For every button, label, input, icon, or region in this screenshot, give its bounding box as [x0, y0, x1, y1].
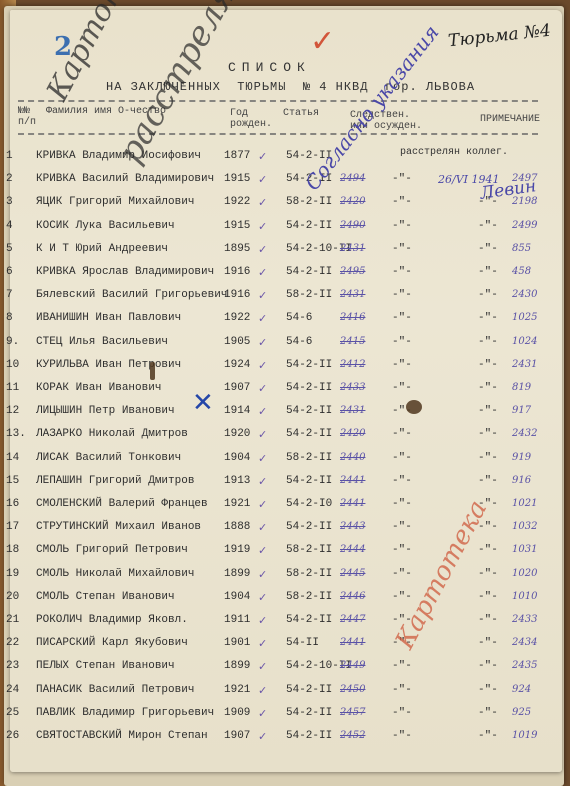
table-row: 13.ЛАЗАРКО Николай Дмитров1920✓54-2-II24…	[0, 428, 560, 452]
article: 58-2-II	[286, 452, 332, 464]
table-row: 22ПИСАРСКИЙ Карл Якубович1901✓54-II2441-…	[0, 637, 560, 661]
check-mark-icon: ✓	[258, 243, 267, 256]
ditto-mark: -"-	[392, 243, 412, 255]
article: 58-2-II	[286, 591, 332, 603]
check-mark-icon: ✓	[258, 730, 267, 743]
check-mark-icon: ✓	[258, 498, 267, 511]
note: -"-	[478, 475, 498, 487]
row-number: 26	[6, 730, 28, 742]
handwritten-case-number: 2412	[340, 359, 365, 370]
table-row: 2КРИВКА Василий Владимирович1915✓54-2-II…	[0, 173, 560, 197]
prisoner-name: СТРУТИНСКИЙ Михаил Иванов	[36, 521, 201, 533]
table-row: 6КРИВКА Ярослав Владимирович1916✓54-2-II…	[0, 266, 560, 290]
check-mark-icon: ✓	[258, 359, 267, 372]
check-mark-icon: ✓	[258, 336, 267, 349]
row-number: 25	[6, 707, 28, 719]
handwritten-note-number: 1019	[512, 730, 537, 741]
handwritten-case-number: 2450	[340, 684, 365, 695]
handwritten-note-number: 1032	[512, 521, 537, 532]
ditto-mark: -"-	[392, 452, 412, 464]
ditto-mark: -"-	[392, 660, 412, 672]
birth-year: 1916	[224, 266, 250, 278]
handwritten-case-number: 2444	[340, 544, 365, 555]
check-mark-icon: ✓	[258, 312, 267, 325]
note: -"-	[478, 684, 498, 696]
birth-year: 1899	[224, 568, 250, 580]
row-number: 13.	[6, 428, 28, 440]
handwritten-note-number: 458	[512, 266, 531, 277]
row-number: 23	[6, 660, 28, 672]
article: 54-2-I0	[286, 498, 332, 510]
article: 54-2-II	[286, 614, 332, 626]
article: 54-2-II	[286, 521, 332, 533]
blue-x-mark: ✕	[192, 388, 214, 418]
check-mark-icon: ✓	[258, 614, 267, 627]
table-row: 4КОСИК Лука Васильевич1915✓54-2-II2490-"…	[0, 220, 560, 244]
table-row: 10КУРИЛЬВА Иван Петрович1924✓54-2-II2412…	[0, 359, 560, 383]
handwritten-note-number: 1020	[512, 568, 537, 579]
prisoner-name: Бялевский Василий Григорьевич	[36, 289, 227, 301]
ditto-mark: -"-	[392, 707, 412, 719]
ditto-mark: -"-	[392, 289, 412, 301]
prisoner-name: КРИВКА Василий Владимирович	[36, 173, 214, 185]
handwritten-note-number: 924	[512, 684, 531, 695]
birth-year: 1895	[224, 243, 250, 255]
ditto-mark: -"-	[392, 568, 412, 580]
handwritten-note-number: 1010	[512, 591, 537, 602]
handwritten-note-number: 1031	[512, 544, 537, 555]
birth-year: 1904	[224, 591, 250, 603]
note: -"-	[478, 544, 498, 556]
handwritten-case-number: 2495	[340, 266, 365, 277]
article: 54-2-II	[286, 684, 332, 696]
note: -"-	[478, 382, 498, 394]
handwritten-case-number: 2416	[340, 312, 365, 323]
row-number: 20	[6, 591, 28, 603]
handwritten-case-number: 2447	[340, 614, 365, 625]
ditto-mark: -"-	[392, 336, 412, 348]
birth-year: 1901	[224, 637, 250, 649]
row-number: 2	[6, 173, 28, 185]
row-number: 24	[6, 684, 28, 696]
check-mark-icon: ✓	[258, 637, 267, 650]
ditto-mark: -"-	[392, 266, 412, 278]
check-mark-icon: ✓	[258, 220, 267, 233]
check-mark-icon: ✓	[258, 382, 267, 395]
birth-year: 1921	[224, 684, 250, 696]
birth-year: 1888	[224, 521, 250, 533]
row-number: 12	[6, 405, 28, 417]
birth-year: 1916	[224, 289, 250, 301]
birth-year: 1915	[224, 173, 250, 185]
header-num: №№ п/п	[18, 106, 36, 128]
row1-note: расстрелян коллег.	[400, 147, 508, 158]
article: 54-2-II	[286, 707, 332, 719]
article: 54-2-II	[286, 266, 332, 278]
row-number: 19	[6, 568, 28, 580]
handwritten-case-number: 2440	[340, 452, 365, 463]
birth-year: 1921	[224, 498, 250, 510]
check-mark-icon: ✓	[258, 266, 267, 279]
note: -"-	[478, 568, 498, 580]
birth-year: 1924	[224, 359, 250, 371]
table-row: 11КОРАК Иван Иванович1907✓54-2-II2433-"-…	[0, 382, 560, 406]
note: -"-	[478, 660, 498, 672]
prisoner-name: РОКОЛИЧ Владимир Яковл.	[36, 614, 188, 626]
ink-stain	[406, 400, 422, 414]
ditto-mark: -"-	[392, 684, 412, 696]
row-number: 1	[6, 150, 28, 162]
handwritten-note-number: 1025	[512, 312, 537, 323]
check-mark-icon: ✓	[258, 196, 267, 209]
row-number: 6	[6, 266, 28, 278]
prisoner-name: ЛИЦЫШИН Петр Иванович	[36, 405, 175, 417]
table-row: 8ИВАНИШИН Иван Павлович1922✓54-62416-"--…	[0, 312, 560, 336]
table-row: 12ЛИЦЫШИН Петр Иванович1914✓54-2-II2431-…	[0, 405, 560, 429]
note: -"-	[478, 289, 498, 301]
table-row: 5К И Т Юрий Андреевич1895✓54-2-10-II2431…	[0, 243, 560, 267]
handwritten-case-number: 2420	[340, 196, 365, 207]
table-row: 9.СТЕЦ Илья Васильевич1905✓54-62415-"--"…	[0, 336, 560, 360]
row-number: 18	[6, 544, 28, 556]
article: 54-6	[286, 336, 312, 348]
table-row: 15ЛЕПАШИН Григорий Дмитров1913✓54-2-II24…	[0, 475, 560, 499]
birth-year: 1907	[224, 730, 250, 742]
handwritten-note-number: 819	[512, 382, 531, 393]
handwritten-case-number: 2420	[340, 428, 365, 439]
note: -"-	[478, 614, 498, 626]
check-mark-icon: ✓	[258, 521, 267, 534]
article: 58-2-II	[286, 289, 332, 301]
prisoner-name: К И Т Юрий Андреевич	[36, 243, 168, 255]
birth-year: 1907	[224, 382, 250, 394]
handwritten-case-number: 2457	[340, 707, 365, 718]
check-mark-icon: ✓	[258, 707, 267, 720]
check-mark-icon: ✓	[258, 428, 267, 441]
handwritten-case-number: 2415	[340, 336, 365, 347]
handwritten-note-number: 2499	[512, 220, 537, 231]
handwritten-case-number: 2490	[340, 220, 365, 231]
prisoner-name: ПАНАСИК Василий Петрович	[36, 684, 194, 696]
red-check-mark: ✓	[310, 24, 335, 59]
check-mark-icon: ✓	[258, 660, 267, 673]
row-number: 14	[6, 452, 28, 464]
prisoner-name: СМОЛЕНСКИЙ Валерий Францев	[36, 498, 208, 510]
table-row: 25ПАВЛИК Владимир Григорьевич1909✓54-2-I…	[0, 707, 560, 731]
row-number: 11	[6, 382, 28, 394]
article: 58-2-II	[286, 196, 332, 208]
prisoner-name: ПЕЛЫХ Степан Иванович	[36, 660, 175, 672]
handwritten-case-number: 2431	[340, 243, 365, 254]
note: -"-	[478, 243, 498, 255]
prisoner-name: ЛИСАК Василий Тонкович	[36, 452, 181, 464]
handwritten-case-number: 2441	[340, 475, 365, 486]
ink-stain	[150, 362, 155, 380]
ditto-mark: -"-	[392, 312, 412, 324]
check-mark-icon: ✓	[258, 452, 267, 465]
handwritten-case-number: 2446	[340, 591, 365, 602]
article: 54-2-II	[286, 359, 332, 371]
table-row: 20СМОЛЬ Степан Иванович1904✓58-2-II2446-…	[0, 591, 560, 615]
check-mark-icon: ✓	[258, 544, 267, 557]
birth-year: 1913	[224, 475, 250, 487]
note: -"-	[478, 452, 498, 464]
handwritten-case-number: 2431	[340, 289, 365, 300]
row-number: 22	[6, 637, 28, 649]
birth-year: 1920	[224, 428, 250, 440]
birth-year: 1914	[224, 405, 250, 417]
handwritten-note-number: 855	[512, 243, 531, 254]
article: 54-II	[286, 637, 319, 649]
ditto-mark: -"-	[392, 498, 412, 510]
ditto-mark: -"-	[392, 220, 412, 232]
ditto-mark: -"-	[392, 521, 412, 533]
prisoner-name: КОРАК Иван Иванович	[36, 382, 161, 394]
ditto-mark: -"-	[392, 196, 412, 208]
handwritten-note-number: 925	[512, 707, 531, 718]
handwritten-case-number: 2445	[340, 568, 365, 579]
header-article: Статья	[283, 108, 319, 119]
ditto-mark: -"-	[392, 382, 412, 394]
prisoner-name: СМОЛЬ Николай Михайлович	[36, 568, 194, 580]
row-number: 17	[6, 521, 28, 533]
header-rule-bottom	[18, 133, 538, 135]
article: 54-2-II	[286, 475, 332, 487]
prisoner-name: СВЯТОСТАВСКИЙ Мирон Степан	[36, 730, 208, 742]
birth-year: 1915	[224, 220, 250, 232]
note: -"-	[478, 707, 498, 719]
birth-year: 1909	[224, 707, 250, 719]
table-row: 23ПЕЛЫХ Степан Иванович1899✓54-2-10-II24…	[0, 660, 560, 684]
handwritten-note-number: 2434	[512, 637, 537, 648]
note: -"-	[478, 405, 498, 417]
note: -"-	[478, 637, 498, 649]
ditto-mark: -"-	[392, 428, 412, 440]
note: -"-	[478, 266, 498, 278]
prisoner-name: ПИСАРСКИЙ Карл Якубович	[36, 637, 188, 649]
check-mark-icon: ✓	[258, 173, 267, 186]
table-row: 26СВЯТОСТАВСКИЙ Мирон Степан1907✓54-2-II…	[0, 730, 560, 754]
table-row: 18СМОЛЬ Григорий Петрович1919✓58-2-II244…	[0, 544, 560, 568]
prisoner-name: ИВАНИШИН Иван Павлович	[36, 312, 181, 324]
note: -"-	[478, 730, 498, 742]
handwritten-note-number: 2431	[512, 359, 537, 370]
birth-year: 1922	[224, 196, 250, 208]
table-row: 24ПАНАСИК Василий Петрович1921✓54-2-II24…	[0, 684, 560, 708]
ditto-mark: -"-	[392, 173, 412, 185]
handwritten-note-number: 2430	[512, 289, 537, 300]
header-rule-top	[18, 100, 538, 102]
prisoner-name: СМОЛЬ Степан Иванович	[36, 591, 175, 603]
prisoner-name: ЛАЗАРКО Николай Дмитров	[36, 428, 188, 440]
article: 54-2-II	[286, 405, 332, 417]
birth-year: 1922	[224, 312, 250, 324]
handwritten-case-number: 2494	[340, 173, 365, 184]
table-row: 21РОКОЛИЧ Владимир Яковл.1911✓54-2-II244…	[0, 614, 560, 638]
handwritten-note-number: 1024	[512, 336, 537, 347]
birth-year: 1905	[224, 336, 250, 348]
handwritten-note-number: 917	[512, 405, 531, 416]
note: -"-	[478, 428, 498, 440]
row-number: 9.	[6, 336, 28, 348]
note: -"-	[478, 359, 498, 371]
row-number: 10	[6, 359, 28, 371]
birth-year: 1899	[224, 660, 250, 672]
row-number: 4	[6, 220, 28, 232]
article: 54-6	[286, 312, 312, 324]
ditto-mark: -"-	[392, 359, 412, 371]
handwritten-case-number: 2433	[340, 382, 365, 393]
check-mark-icon: ✓	[258, 568, 267, 581]
row-number: 5	[6, 243, 28, 255]
row-number: 7	[6, 289, 28, 301]
handwritten-note-number: 2435	[512, 660, 537, 671]
header-year: Год рожден.	[230, 108, 272, 130]
table-row: 14ЛИСАК Василий Тонкович1904✓58-2-II2440…	[0, 452, 560, 476]
prisoner-name: ПАВЛИК Владимир Григорьевич	[36, 707, 214, 719]
birth-year: 1911	[224, 614, 250, 626]
prisoner-name: ЛЕПАШИН Григорий Дмитров	[36, 475, 194, 487]
row-number: 16	[6, 498, 28, 510]
prisoner-name: КУРИЛЬВА Иван Петрович	[36, 359, 181, 371]
check-mark-icon: ✓	[258, 591, 267, 604]
ditto-mark: -"-	[392, 475, 412, 487]
note: -"-	[478, 336, 498, 348]
handwritten-case-number: 2452	[340, 730, 365, 741]
check-mark-icon: ✓	[258, 684, 267, 697]
document-title: СПИСОК	[228, 60, 311, 75]
article: 54-2-II	[286, 730, 332, 742]
handwritten-note-number: 916	[512, 475, 531, 486]
article: 54-2-II	[286, 220, 332, 232]
note: -"-	[478, 312, 498, 324]
table-row: 19СМОЛЬ Николай Михайлович1899✓58-2-II24…	[0, 568, 560, 592]
handwritten-note-number: 1021	[512, 498, 537, 509]
header-note: ПРИМЕЧАНИЕ	[480, 114, 540, 125]
ditto-mark: -"-	[392, 591, 412, 603]
birth-year: 1919	[224, 544, 250, 556]
check-mark-icon: ✓	[258, 150, 267, 163]
handwritten-case-number: 2449	[340, 660, 365, 671]
prisoner-name: СМОЛЬ Григорий Петрович	[36, 544, 188, 556]
birth-year: 1904	[224, 452, 250, 464]
birth-year: 1877	[224, 150, 250, 162]
ditto-mark: -"-	[392, 730, 412, 742]
prisoner-name: КОСИК Лука Васильевич	[36, 220, 175, 232]
handwritten-case-number: 2431	[340, 405, 365, 416]
row-number: 21	[6, 614, 28, 626]
article: 54-2-II	[286, 382, 332, 394]
prisoner-name: КРИВКА Ярослав Владимирович	[36, 266, 214, 278]
row-number: 8	[6, 312, 28, 324]
article: 54-2-II	[286, 428, 332, 440]
handwritten-note-number: 2433	[512, 614, 537, 625]
note: -"-	[478, 220, 498, 232]
handwritten-case-number: 2441	[340, 637, 365, 648]
row-number: 15	[6, 475, 28, 487]
article: 58-2-II	[286, 568, 332, 580]
prisoner-name: СТЕЦ Илья Васильевич	[36, 336, 168, 348]
row-number: 3	[6, 196, 28, 208]
handwritten-note-number: 919	[512, 452, 531, 463]
note: -"-	[478, 591, 498, 603]
table-row: 3ЯЦИК Григорий Михайлович1922✓58-2-II242…	[0, 196, 560, 220]
handwritten-case-number: 2443	[340, 521, 365, 532]
handwritten-note-number: 2432	[512, 428, 537, 439]
prisoner-name: ЯЦИК Григорий Михайлович	[36, 196, 194, 208]
handwritten-case-number: 2441	[340, 498, 365, 509]
table-row: 7Бялевский Василий Григорьевич1916✓58-2-…	[0, 289, 560, 313]
ditto-mark: -"-	[392, 544, 412, 556]
article: 58-2-II	[286, 544, 332, 556]
check-mark-icon: ✓	[258, 289, 267, 302]
check-mark-icon: ✓	[258, 405, 267, 418]
check-mark-icon: ✓	[258, 475, 267, 488]
